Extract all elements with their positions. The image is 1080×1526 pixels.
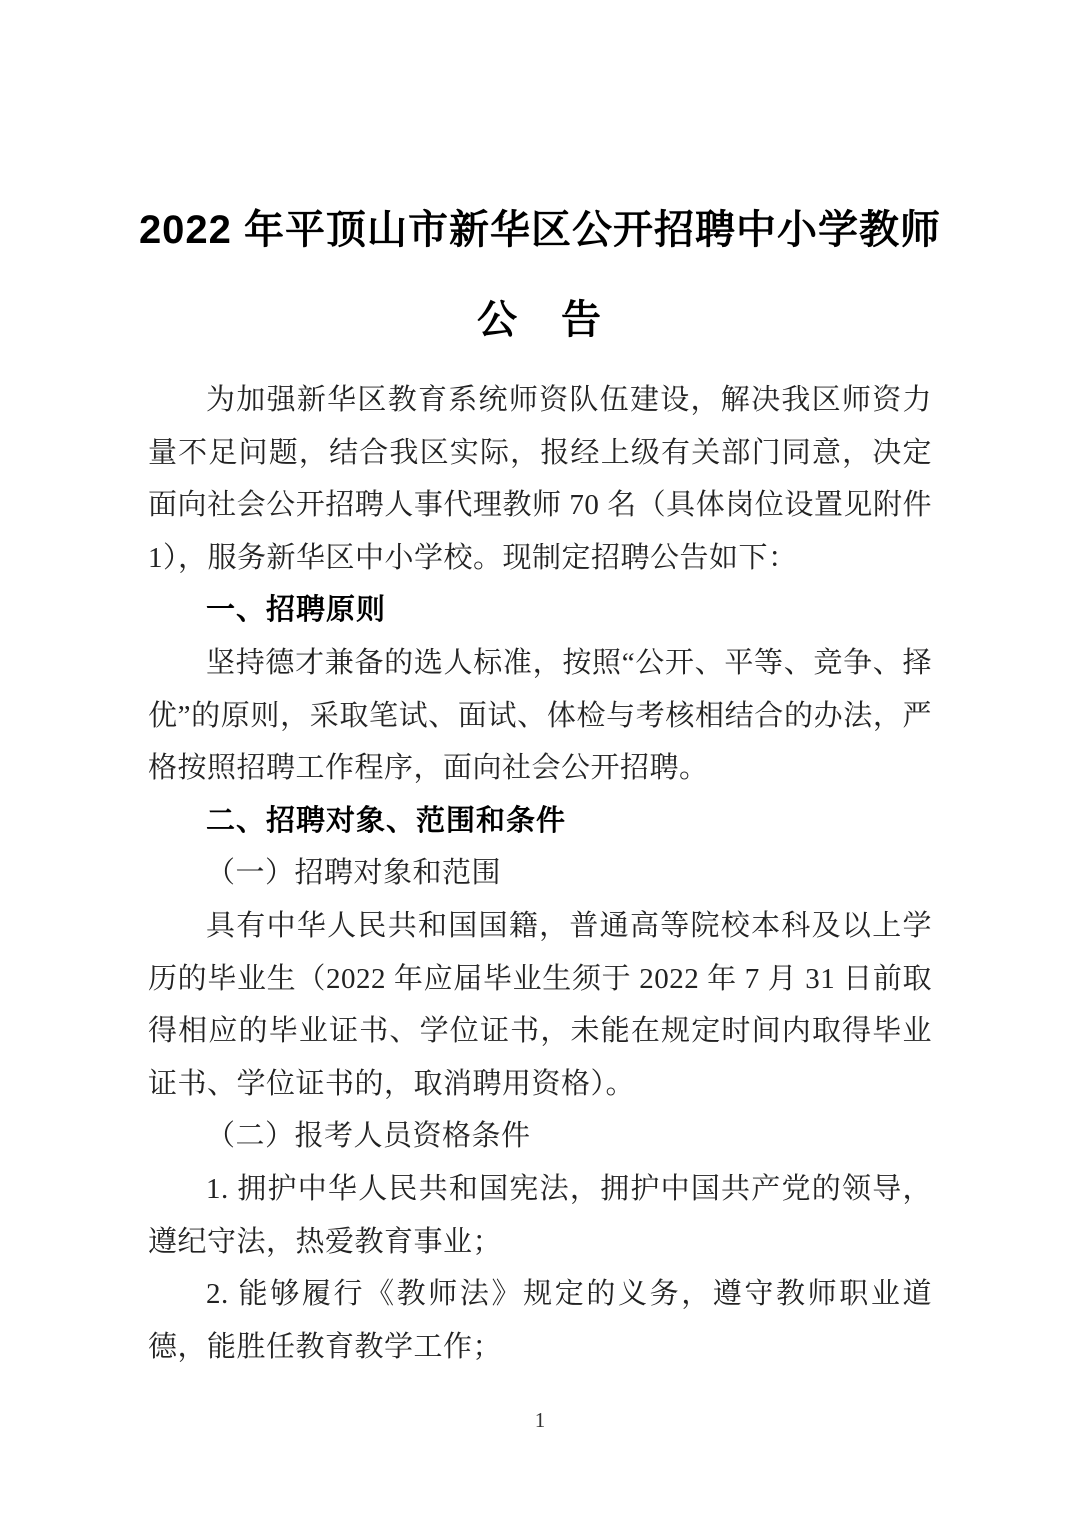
document-page: 2022 年平顶山市新华区公开招聘中小学教师 公 告 为加强新华区教育系统师资队… <box>0 0 1080 1526</box>
qualification-item-2: 2. 能够履行《教师法》规定的义务，遵守教师职业道德，能胜任教育教学工作； <box>148 1268 932 1373</box>
section-1-heading: 一、招聘原则 <box>148 584 932 637</box>
section-1-paragraph: 坚持德才兼备的选人标准，按照“公开、平等、竞争、择优”的原则，采取笔试、面试、体… <box>148 637 932 795</box>
section-2-sub1-paragraph: 具有中华人民共和国国籍，普通高等院校本科及以上学历的毕业生（2022 年应届毕业… <box>148 900 932 1110</box>
section-2-subheading-1: （一）招聘对象和范围 <box>148 847 932 900</box>
document-subtitle: 公 告 <box>0 296 1080 344</box>
page-number: 1 <box>0 1408 1080 1433</box>
section-2-heading: 二、招聘对象、范围和条件 <box>148 795 932 848</box>
document-body: 为加强新华区教育系统师资队伍建设，解决我区师资力量不足问题，结合我区实际，报经上… <box>148 374 932 1373</box>
qualification-item-1: 1. 拥护中华人民共和国宪法，拥护中国共产党的领导，遵纪守法，热爱教育事业； <box>148 1163 932 1268</box>
section-2-subheading-2: （二）报考人员资格条件 <box>148 1110 932 1163</box>
intro-paragraph: 为加强新华区教育系统师资队伍建设，解决我区师资力量不足问题，结合我区实际，报经上… <box>148 374 932 584</box>
document-title: 2022 年平顶山市新华区公开招聘中小学教师 <box>0 0 1080 254</box>
